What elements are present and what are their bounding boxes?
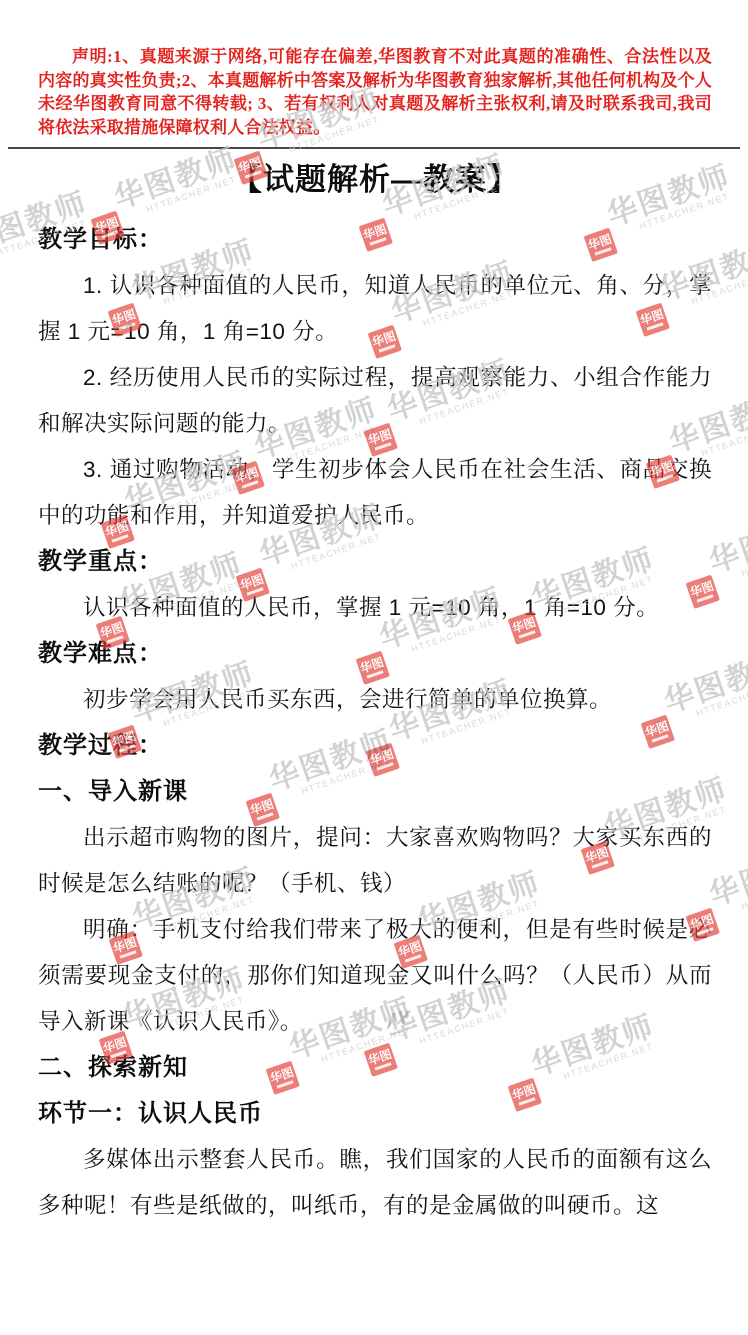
content: 教学目标： 1. 认识各种面值的人民币，知道人民币的单位元、角、分，掌握 1 元… bbox=[38, 217, 712, 1229]
section-heading: 二、探索新知 bbox=[38, 1045, 712, 1091]
section-heading: 一、导入新课 bbox=[38, 769, 712, 815]
paragraph: 认识各种面值的人民币，掌握 1 元=10 角，1 角=10 分。 bbox=[38, 585, 712, 631]
doc-title: 【试题解析—教案】 bbox=[38, 159, 712, 201]
paragraph: 多媒体出示整套人民币。瞧，我们国家的人民币的面额有这么多种呢！有些是纸做的，叫纸… bbox=[38, 1137, 712, 1229]
section-heading: 教学重点： bbox=[38, 539, 712, 585]
paragraph: 初步学会用人民币买东西，会进行简单的单位换算。 bbox=[38, 677, 712, 723]
section-heading: 教学过程： bbox=[38, 723, 712, 769]
document-page: { "doc": { "disclaimer": "声明:1、真题来源于网络,可… bbox=[0, 0, 748, 1335]
paragraph: 1. 认识各种面值的人民币，知道人民币的单位元、角、分，掌握 1 元=10 角，… bbox=[38, 263, 712, 355]
document-body: 声明:1、真题来源于网络,可能存在偏差,华图教育不对此真题的准确性、合法性以及内… bbox=[0, 0, 748, 1229]
paragraph: 出示超市购物的图片，提问：大家喜欢购物吗？大家买东西的时候是怎么结账的呢？（手机… bbox=[38, 815, 712, 907]
paragraph: 3. 通过购物活动，学生初步体会人民币在社会生活、商品交换中的功能和作用，并知道… bbox=[38, 447, 712, 539]
section-heading: 教学难点： bbox=[38, 631, 712, 677]
divider bbox=[8, 147, 740, 149]
disclaimer-text: 声明:1、真题来源于网络,可能存在偏差,华图教育不对此真题的准确性、合法性以及内… bbox=[38, 45, 712, 139]
section-heading: 教学目标： bbox=[38, 217, 712, 263]
paragraph: 明确：手机支付给我们带来了极大的便利，但是有些时候是必须需要现金支付的，那你们知… bbox=[38, 907, 712, 1045]
paragraph: 2. 经历使用人民币的实际过程，提高观察能力、小组合作能力和解决实际问题的能力。 bbox=[38, 355, 712, 447]
section-heading: 环节一：认识人民币 bbox=[38, 1091, 712, 1137]
